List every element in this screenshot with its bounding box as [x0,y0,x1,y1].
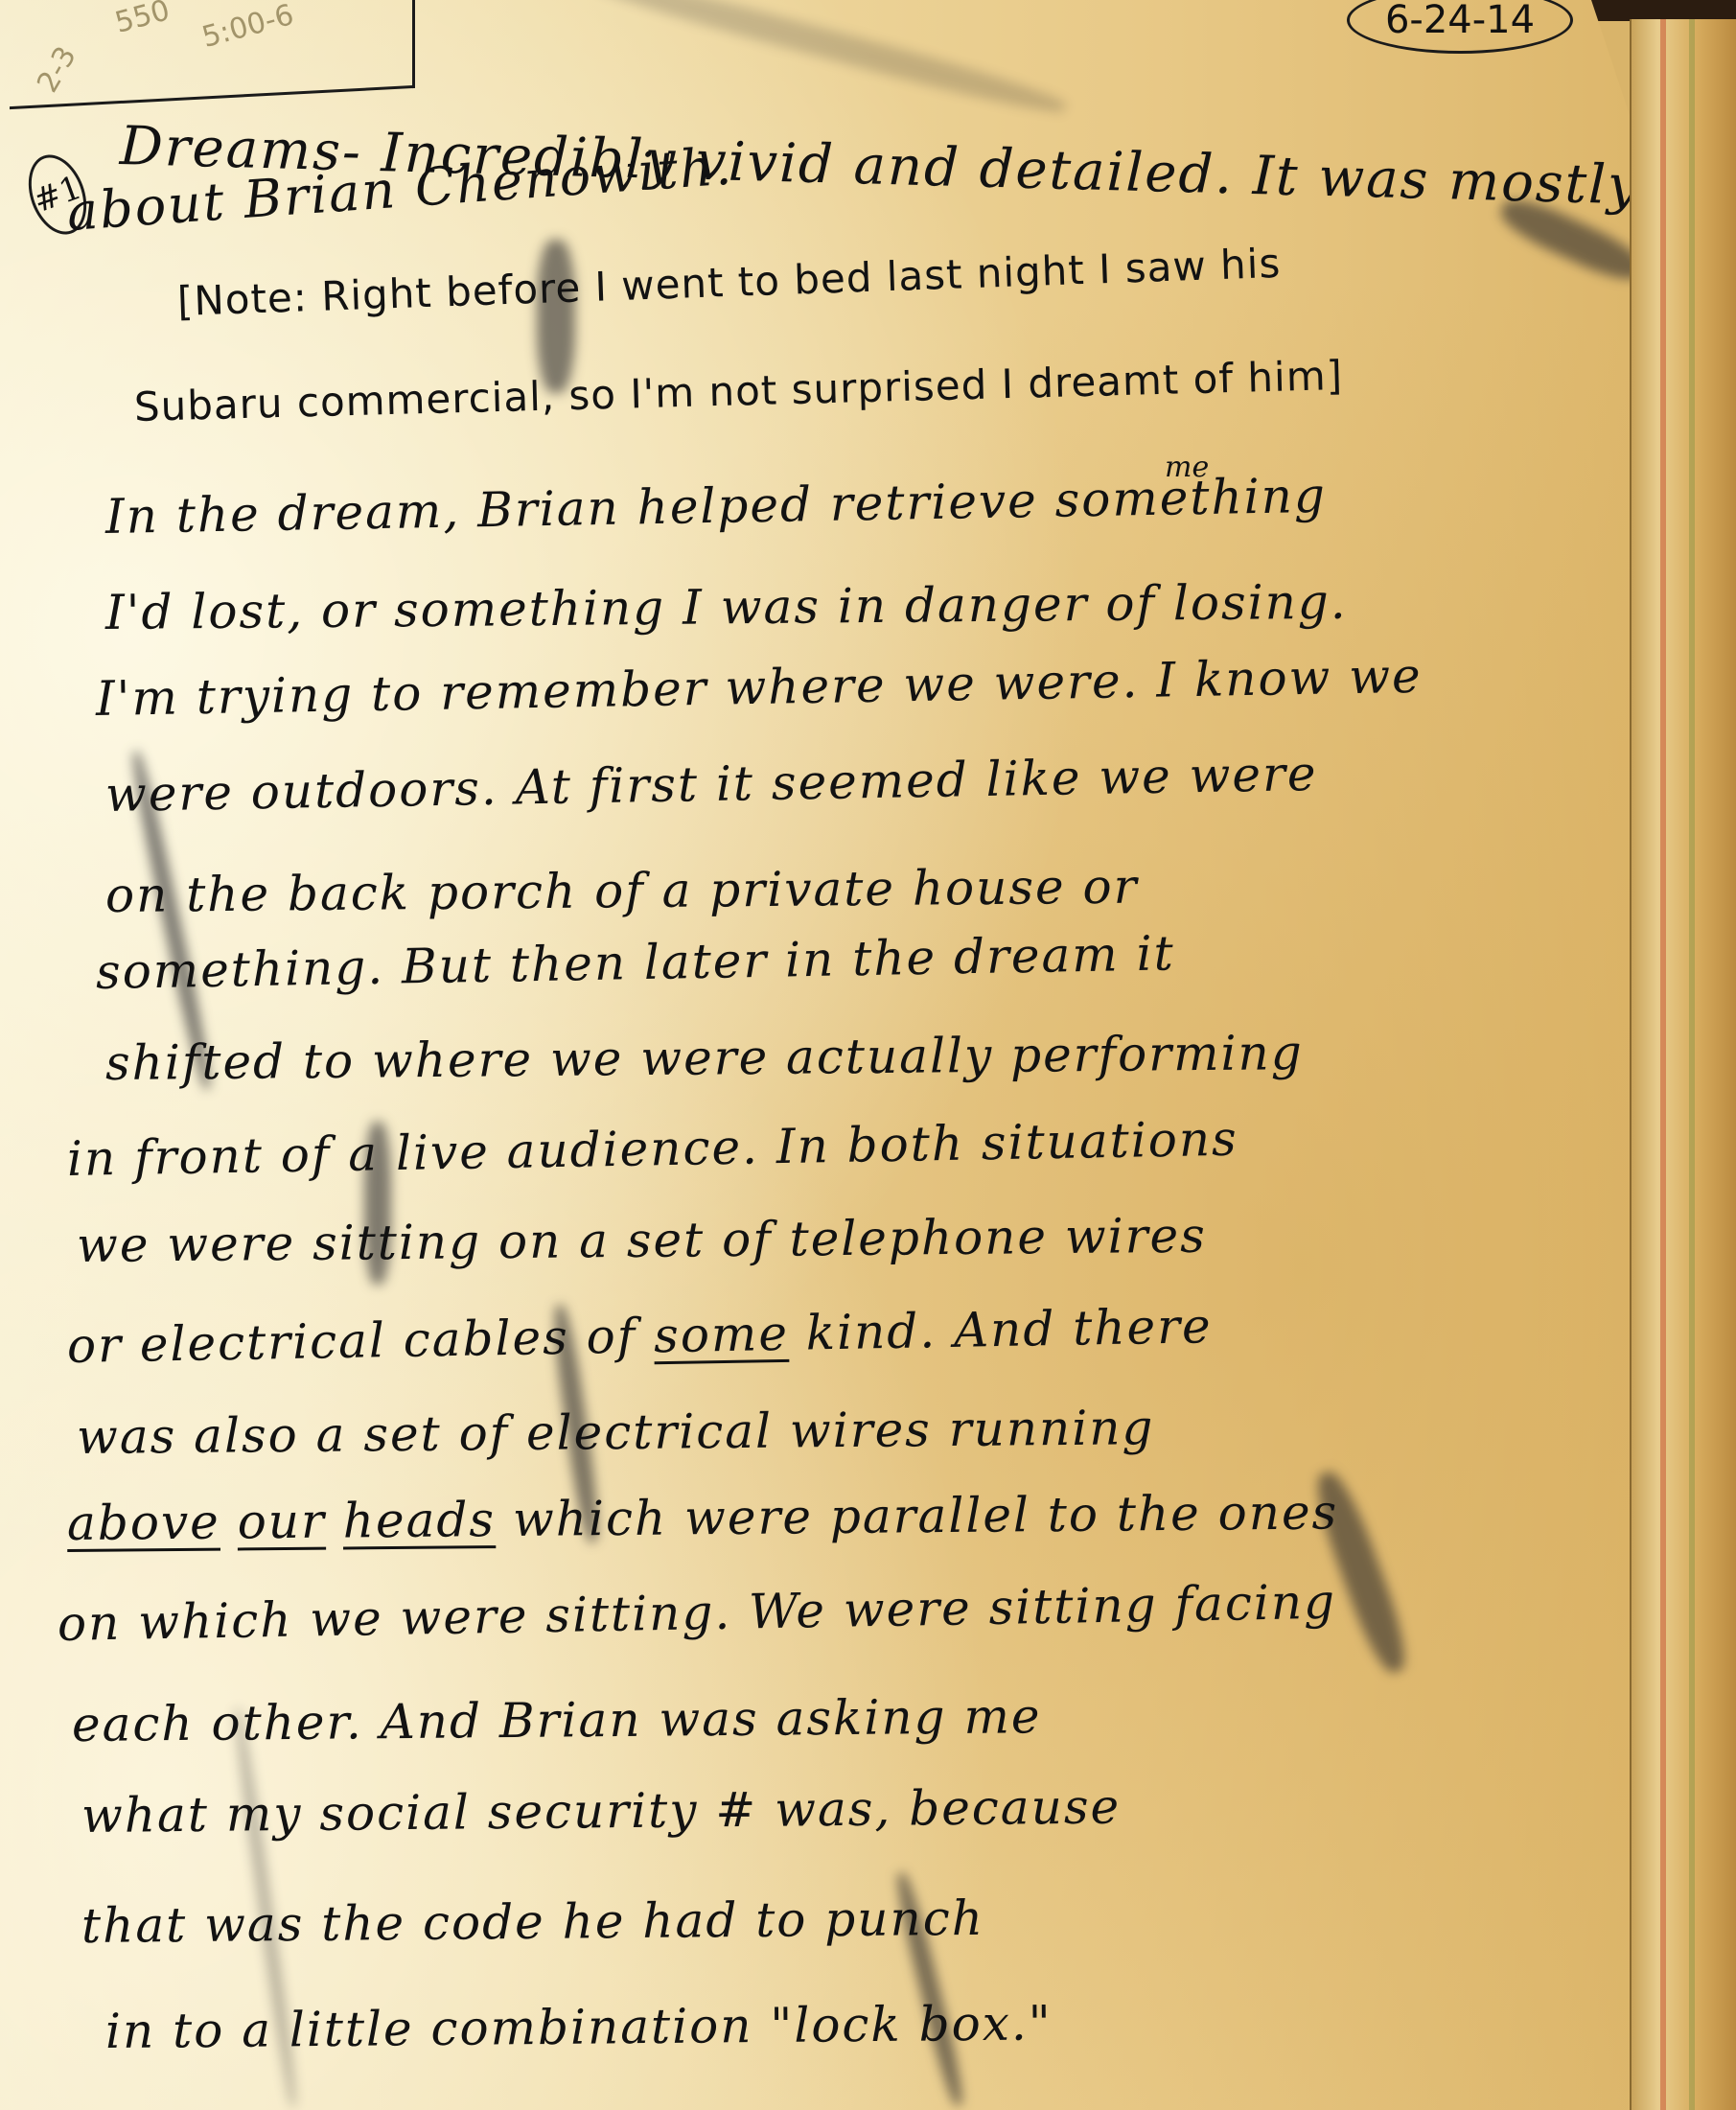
entry-line: we were sitting on a set of telephone wi… [77,1208,1207,1273]
entry-line: in to a little combination "lock box." [105,1995,1053,2059]
page-stack-edge [1630,19,1736,2110]
page-edge-stripe-red [1660,19,1666,2110]
line-segment: kind. And there [788,1298,1213,1361]
line-segment [220,1494,238,1549]
entry-line: what my social security # was, because [81,1779,1122,1843]
entry-line: something. But then later in the dream i… [95,925,1175,1000]
underlined-word: our [237,1494,326,1550]
underlined-word: heads [343,1492,497,1548]
entry-line: or electrical cables of some kind. And t… [66,1298,1213,1374]
journal-page: 550 5:00-6 2-3 6-24-14 #1 Dreams- Incred… [0,0,1630,2110]
line-segment: In the dream, Brian helped [104,476,830,545]
entry-date-text: 6-24-14 [1385,0,1535,42]
entry-line: were outdoors. At first it seemed like w… [104,746,1317,823]
line-segment [326,1493,343,1548]
line-segment: which were parallel to the ones [496,1484,1339,1547]
ink-smudge [580,0,1069,122]
line-segment: or electrical cables of [66,1308,654,1374]
book-spine-shadow [1591,0,1736,21]
entry-line: on which we were sitting. We were sittin… [57,1574,1336,1652]
entry-line: was also a set of electrical wires runni… [77,1400,1155,1465]
entry-note-line: [Note: Right before I went to bed last n… [176,240,1282,325]
ink-smudge [537,240,575,393]
entry-line: I'm trying to remember where we were. I … [95,648,1423,727]
entry-line: each other. And Brian was asking me [72,1688,1042,1752]
entry-line: above our heads which were parallel to t… [67,1484,1339,1551]
line-segment: retrieve something [829,468,1327,532]
entry-line: In the dream, Brian helped retrieve some… [104,468,1327,545]
entry-line: shifted to where we were actually perfor… [105,1025,1304,1091]
entry-line: in front of a live audience. In both sit… [66,1111,1238,1187]
underlined-word: above [67,1495,220,1551]
page-edge-stripe-green [1689,19,1695,2110]
underlined-word: some [654,1306,790,1363]
entry-note-line: Subaru commercial, so I'm not surprised … [133,352,1343,430]
entry-line: on the back porch of a private house or [105,859,1139,923]
entry-date: 6-24-14 [1347,0,1573,54]
entry-line: I'd lost, or something I was in danger o… [105,574,1348,640]
entry-line: that was the code he had to punch [81,1890,984,1954]
